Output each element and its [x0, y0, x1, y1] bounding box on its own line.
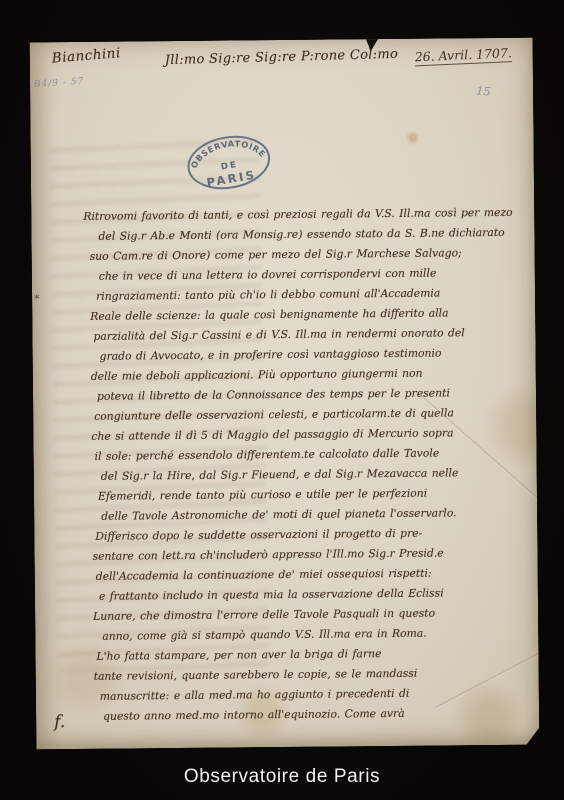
- letter-body: Ritrovomi favorito di tanti, e così prez…: [83, 203, 544, 727]
- folio-number-pencil: 15: [475, 83, 491, 98]
- signature-mark: f.: [54, 712, 65, 732]
- stamp-bottom-text: PARIS: [206, 168, 258, 190]
- manuscript-page: Bianchini B4/9 - 57 Jll:mo Sig:re Sig:re…: [30, 38, 540, 750]
- caption-text: Observatoire de Paris: [0, 766, 564, 788]
- letter-line: questo anno med.mo intorno all'equinozio…: [103, 703, 544, 727]
- archivist-author-annotation: Bianchini: [51, 45, 121, 66]
- shelfmark-pencil-annotation: B4/9 - 57: [34, 77, 85, 90]
- margin-mark: *: [34, 292, 40, 305]
- letter-line: del Sig.r Ab.e Monti (ora Monsig.re) ess…: [98, 223, 539, 247]
- paper-tear-notch: [366, 38, 379, 51]
- letter-date: 26. Avril. 1707.: [414, 45, 512, 66]
- scan-background: Bianchini B4/9 - 57 Jll:mo Sig:re Sig:re…: [0, 0, 564, 800]
- letter-date-text: 26. Avril. 1707.: [414, 45, 512, 66]
- letter-salutation: Jll:mo Sig:re Sig:re P:rone Col:mo: [165, 47, 390, 68]
